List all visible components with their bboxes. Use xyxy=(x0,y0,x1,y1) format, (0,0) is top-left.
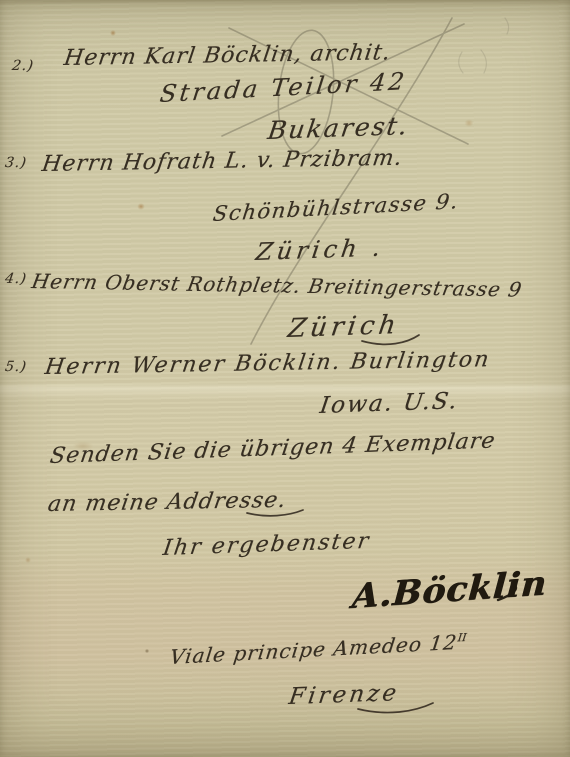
letter-line-recipient: Herrn Oberst Rothpletz. Breitingerstrass… xyxy=(30,269,524,302)
item-number: 3.) xyxy=(4,155,28,171)
fox-stain xyxy=(109,29,117,37)
letter-line-body: Senden Sie die übrigen 4 Exemplare xyxy=(48,429,497,469)
sender-city: Firenze xyxy=(287,680,401,710)
fox-stain xyxy=(144,648,150,654)
letter-line-city: Zürich . xyxy=(254,234,386,266)
sender-address-line: Viale principe Amedeo 12II xyxy=(169,630,468,669)
item-number: 2.) xyxy=(11,58,35,74)
letter-line-city: Iowa. U.S. xyxy=(318,388,460,419)
floor-superscript: II xyxy=(457,631,467,644)
letter-scan: 2.) 3.) 4.) 5.) Herrn Karl Böcklin, arch… xyxy=(0,0,570,757)
letter-line-street: Strada Teilor 42 xyxy=(158,67,408,108)
signature: A.Böcklin xyxy=(351,564,549,617)
letter-line-street: Schönbühlstrasse 9. xyxy=(212,189,461,226)
letter-line-body: an meine Addresse. xyxy=(46,488,288,517)
item-number: 5.) xyxy=(4,359,28,375)
letter-line-city: Bukarest. xyxy=(266,111,411,145)
fox-stain xyxy=(24,556,32,564)
letter-line-city: Zürich xyxy=(286,310,402,344)
fox-stain xyxy=(463,118,475,128)
letter-line-recipient: Herrn Karl Böcklin, archit. xyxy=(62,40,392,71)
fox-stain xyxy=(136,202,146,211)
sender-street: Viale principe Amedeo 12 xyxy=(169,630,459,669)
letter-line-recipient: Herrn Werner Böcklin. Burlington xyxy=(43,347,492,380)
letter-line-recipient: Herrn Hofrath L. v. Przibram. xyxy=(40,146,404,177)
item-number: 4.) xyxy=(4,271,28,287)
letter-closing: Ihr ergebenster xyxy=(161,529,372,561)
